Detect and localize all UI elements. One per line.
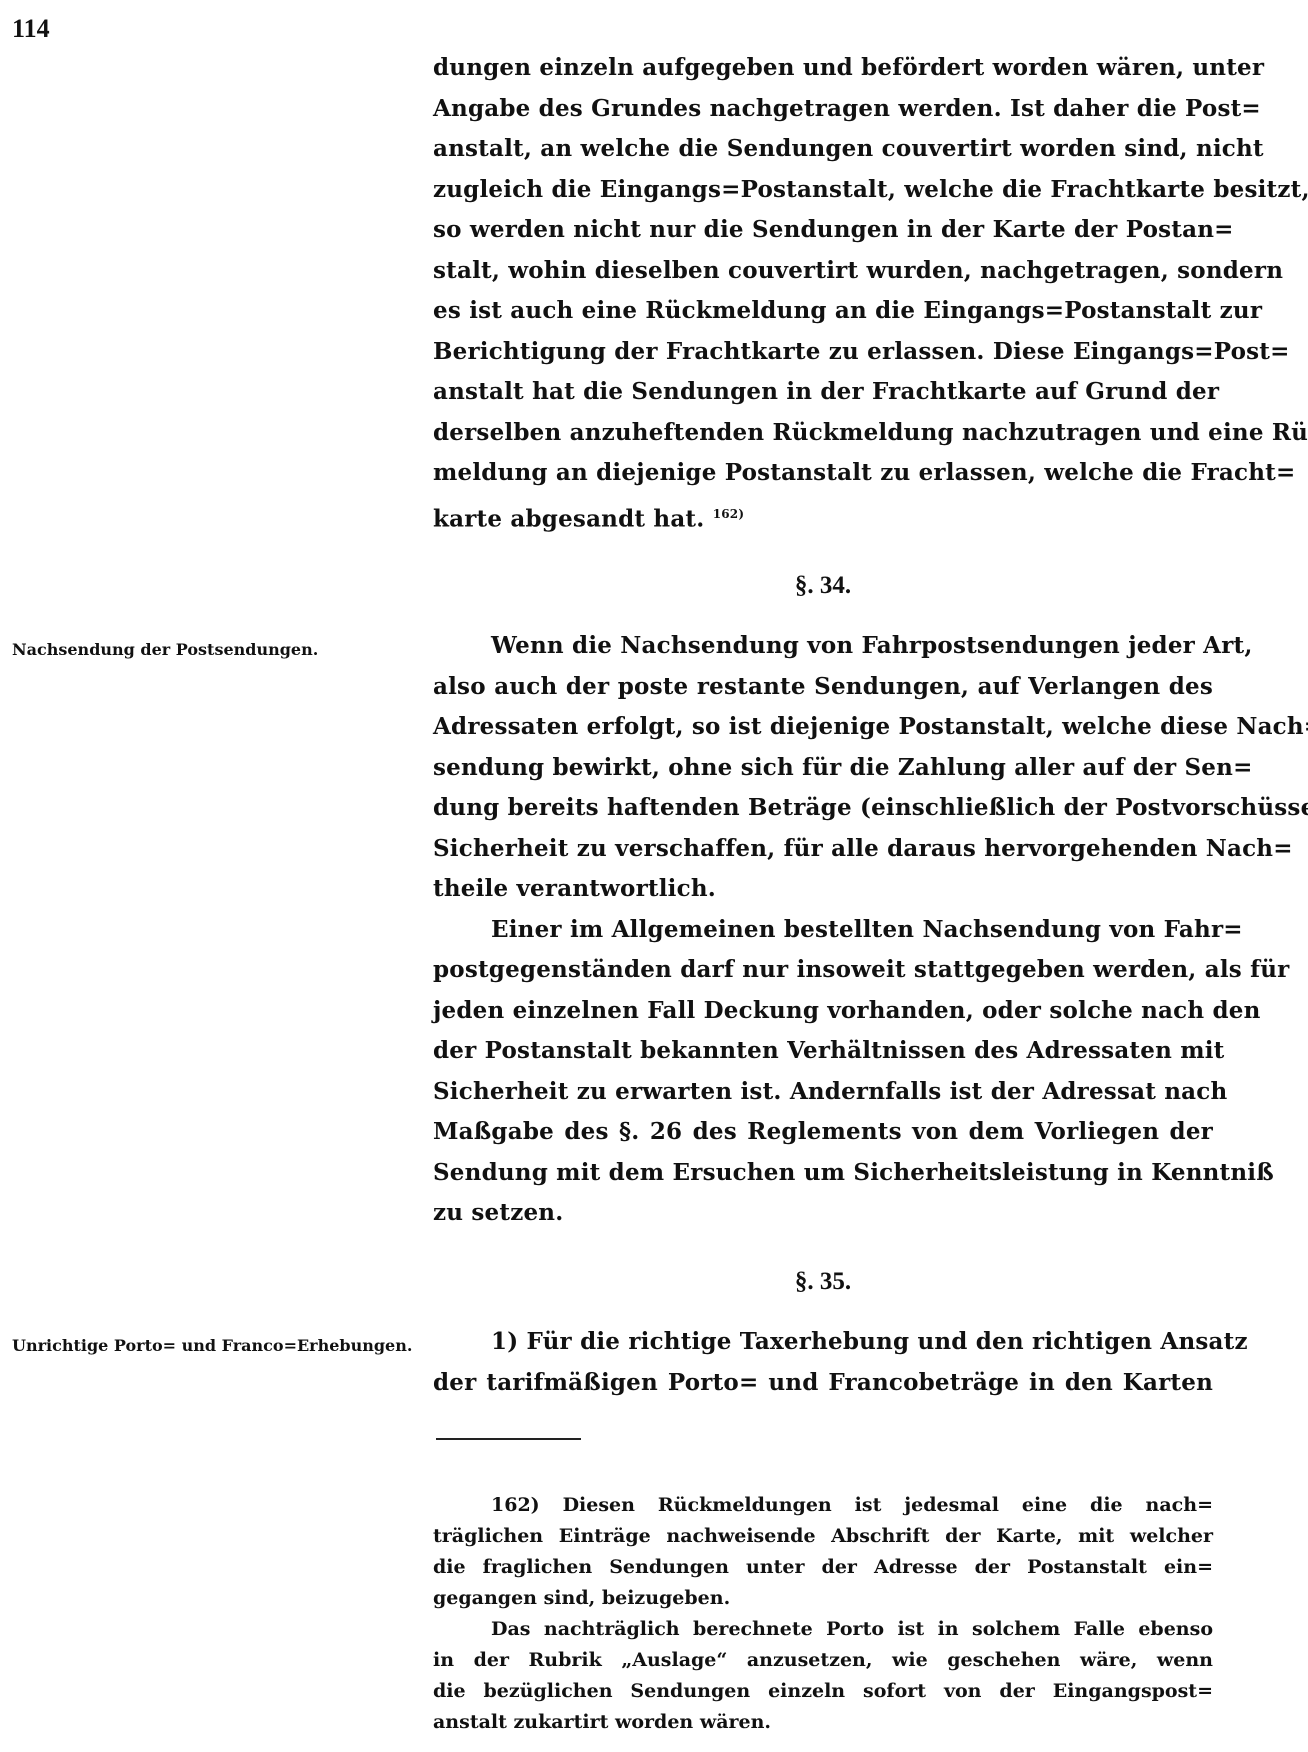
section-34-body: Wenn die Nachsendung von Fahrpostsendung… bbox=[433, 626, 1213, 1234]
text-line: Sendung mit dem Ersuchen um Sicherheitsl… bbox=[433, 1153, 1213, 1194]
text-line: so werden nicht nur die Sendungen in der… bbox=[433, 210, 1213, 251]
footnote-line: anstalt zukartirt worden wären. bbox=[433, 1707, 1213, 1738]
margin-note-34: Nachsendung der Postsendungen. bbox=[12, 640, 318, 659]
margin-note-35: Unrichtige Porto= und Franco=Erhebungen. bbox=[12, 1336, 412, 1355]
page-number: 114 bbox=[12, 14, 50, 44]
text-line: 1) Für die richtige Taxerhebung und den … bbox=[433, 1322, 1213, 1363]
text-line: also auch der poste restante Sendungen, … bbox=[433, 667, 1213, 708]
text-line: Sicherheit zu verschaffen, für alle dara… bbox=[433, 829, 1213, 870]
section-heading-34: §. 34. bbox=[433, 572, 1213, 600]
footnote-ref[interactable]: 162) bbox=[713, 507, 745, 521]
text-line: jeden einzelnen Fall Deckung vorhanden, … bbox=[433, 991, 1213, 1032]
text-line: der tarifmäßigen Porto= und Francobeträg… bbox=[433, 1363, 1213, 1404]
footnote-162: 162) Diesen Rückmeldungen ist jedesmal e… bbox=[433, 1490, 1213, 1738]
text-line: Berichtigung der Frachtkarte zu erlassen… bbox=[433, 332, 1213, 373]
text-line: derselben anzuheftenden Rückmeldung nach… bbox=[433, 413, 1213, 454]
text-line: Sicherheit zu erwarten ist. Andernfalls … bbox=[433, 1072, 1213, 1113]
text-line: anstalt, an welche die Sendungen couvert… bbox=[433, 129, 1213, 170]
text-line: es ist auch eine Rückmeldung an die Eing… bbox=[433, 291, 1213, 332]
text-line: postgegenständen darf nur insoweit statt… bbox=[433, 950, 1213, 991]
continuation-paragraph: dungen einzeln aufgegeben und befördert … bbox=[433, 48, 1213, 534]
section-heading-35: §. 35. bbox=[433, 1268, 1213, 1296]
text-line: dung bereits haftenden Beträge (einschli… bbox=[433, 788, 1213, 829]
footnote-divider bbox=[436, 1438, 581, 1440]
text-line: zugleich die Eingangs=Postanstalt, welch… bbox=[433, 170, 1213, 211]
footnote-line: 162) Diesen Rückmeldungen ist jedesmal e… bbox=[433, 1490, 1213, 1521]
footnote-line: Das nachträglich berechnete Porto ist in… bbox=[433, 1614, 1213, 1645]
footnote-line: träglichen Einträge nachweisende Abschri… bbox=[433, 1521, 1213, 1552]
text-line: der Postanstalt bekannten Verhältnissen … bbox=[433, 1031, 1213, 1072]
text-line: Maßgabe des §. 26 des Reglements von dem… bbox=[433, 1112, 1213, 1153]
footnote-line: in der Rubrik „Auslage“ anzusetzen, wie … bbox=[433, 1645, 1213, 1676]
text-line-content: karte abgesandt hat. bbox=[433, 505, 704, 532]
text-line: Adressaten erfolgt, so ist diejenige Pos… bbox=[433, 707, 1213, 748]
text-line: stalt, wohin dieselben couvertirt wurden… bbox=[433, 251, 1213, 292]
text-line: theile verantwortlich. bbox=[433, 869, 1213, 910]
section-35-body: 1) Für die richtige Taxerhebung und den … bbox=[433, 1322, 1213, 1403]
footnote-line: die fraglichen Sendungen unter der Adres… bbox=[433, 1552, 1213, 1583]
text-line: meldung an diejenige Postanstalt zu erla… bbox=[433, 453, 1213, 494]
text-line: dungen einzeln aufgegeben und befördert … bbox=[433, 48, 1213, 89]
footnote-line: die bezüglichen Sendungen einzeln sofort… bbox=[433, 1676, 1213, 1707]
text-line: zu setzen. bbox=[433, 1193, 1213, 1234]
footnote-line: gegangen sind, beizugeben. bbox=[433, 1583, 1213, 1614]
text-line: Wenn die Nachsendung von Fahrpostsendung… bbox=[433, 626, 1213, 667]
text-line: anstalt hat die Sendungen in der Frachtk… bbox=[433, 372, 1213, 413]
text-line: sendung bewirkt, ohne sich für die Zahlu… bbox=[433, 748, 1213, 789]
text-line: Einer im Allgemeinen bestellten Nachsend… bbox=[433, 910, 1213, 951]
text-line: Angabe des Grundes nachgetragen werden. … bbox=[433, 89, 1213, 130]
text-line: karte abgesandt hat. 162) bbox=[433, 494, 1213, 535]
